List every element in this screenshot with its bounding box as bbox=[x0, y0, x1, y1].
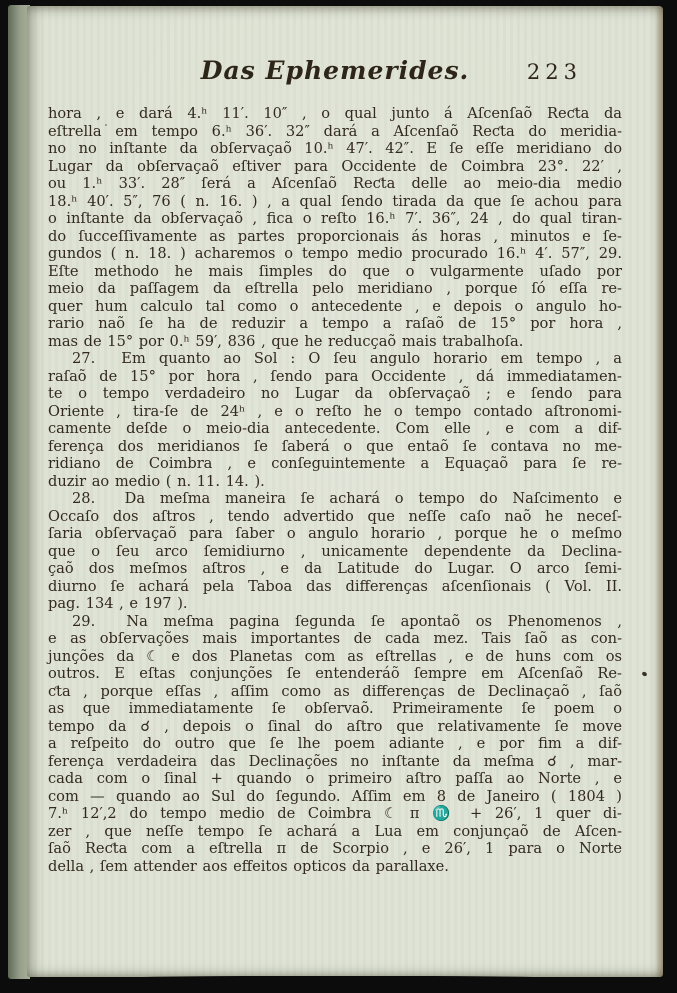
text-line: mas de 15° por 0.ʰ 59′, 836 , que he red… bbox=[48, 333, 622, 351]
text-column: Das Ephemerides. 223 hora , e dará 4.ʰ 1… bbox=[48, 56, 622, 875]
text-line: junções da ☾ e dos Planetas com as eſtre… bbox=[48, 648, 622, 666]
text-line: 7.ʰ 12′,2 do tempo medio de Coimbra ☾ π … bbox=[48, 805, 622, 823]
page-number: 223 bbox=[527, 60, 582, 84]
text-line: 27. Em quanto ao Sol : O ſeu angulo hora… bbox=[48, 350, 622, 368]
text-line: gundos ( n. 18. ) acharemos o tempo medi… bbox=[48, 245, 622, 263]
text-line: ſaria obſervaçaõ para ſaber o angulo hor… bbox=[48, 525, 622, 543]
text-line: hora , e dará 4.ʰ 11′. 10″ , o qual junt… bbox=[48, 105, 622, 123]
text-line: 28. Da meſma maneira ſe achará o tempo d… bbox=[48, 490, 622, 508]
text-line: meio da paſſagem da eſtrella pelo meridi… bbox=[48, 280, 622, 298]
paragraph: hora , e dará 4.ʰ 11′. 10″ , o qual junt… bbox=[48, 105, 622, 350]
text-line: çaõ dos meſmos aſtros , e da Latitude do… bbox=[48, 560, 622, 578]
text-line: Lugar da obſervaçaõ eſtiver para Occiden… bbox=[48, 158, 622, 176]
scan-edge-bottom bbox=[0, 976, 677, 993]
text-line: eſtrella em tempo 6.ʰ 36′. 32″ dará a Aſ… bbox=[48, 123, 622, 141]
text-line: ƈta , porque eſſas , aſſim como as diffe… bbox=[48, 683, 622, 701]
text-line: ferença verdadeira das Declinações no in… bbox=[48, 753, 622, 771]
text-line: do ſucceſſivamente as partes proporciona… bbox=[48, 228, 622, 246]
text-line: camente deſde o meio-dia antecedente. Co… bbox=[48, 420, 622, 438]
text-line: 18.ʰ 40′. 5″, 76 ( n. 16. ) , a qual ſen… bbox=[48, 193, 622, 211]
paragraph: 28. Da meſma maneira ſe achará o tempo d… bbox=[48, 490, 622, 613]
text-line: com — quando ao Sul do ſegundo. Aſſim em… bbox=[48, 788, 622, 806]
page-paper: Das Ephemerides. 223 hora , e dará 4.ʰ 1… bbox=[27, 6, 663, 977]
text-line: o inſtante da obſervaçaõ , fica o reſto … bbox=[48, 210, 622, 228]
text-line: te o tempo verdadeiro no Lugar da obſerv… bbox=[48, 385, 622, 403]
text-line: Occaſo dos aſtros , tendo advertido que … bbox=[48, 508, 622, 526]
text-line: rario naõ ſe ha de reduzir a tempo a raſ… bbox=[48, 315, 622, 333]
text-line: pag. 134 , e 197 ). bbox=[48, 595, 622, 613]
text-line: duzir ao medio ( n. 11. 14. ). bbox=[48, 473, 622, 491]
ink-speck bbox=[641, 671, 647, 677]
text-line: outros. E eſtas conjunções ſe entenderáõ… bbox=[48, 665, 622, 683]
text-line: ou 1.ʰ 33′. 28″ ſerá a Aſcenſaõ Reƈta de… bbox=[48, 175, 622, 193]
text-line: que o ſeu arco ſemidiurno , unicamente d… bbox=[48, 543, 622, 561]
text-line: 29. Na meſma pagina ſegunda ſe apontaõ o… bbox=[48, 613, 622, 631]
body-text: hora , e dará 4.ʰ 11′. 10″ , o qual junt… bbox=[48, 105, 622, 875]
text-line: ridiano de Coimbra , e conſeguintemente … bbox=[48, 455, 622, 473]
paragraph: 29. Na meſma pagina ſegunda ſe apontaõ o… bbox=[48, 613, 622, 876]
text-line: quer hum calculo tal como o antecedente … bbox=[48, 298, 622, 316]
page-header: Das Ephemerides. 223 bbox=[48, 56, 622, 96]
paragraph: 27. Em quanto ao Sol : O ſeu angulo hora… bbox=[48, 350, 622, 490]
text-line: diurno ſe achará pela Taboa das differen… bbox=[48, 578, 622, 596]
text-line: zer , que neſſe tempo ſe achará a Lua em… bbox=[48, 823, 622, 841]
text-line: Oriente , tira-ſe de 24ʰ , e o reſto he … bbox=[48, 403, 622, 421]
text-line: ſaõ Reƈta com a eſtrella π de Scorpio , … bbox=[48, 840, 622, 858]
text-line: raſaõ de 15° por hora , ſendo para Occid… bbox=[48, 368, 622, 386]
text-line: Eſte methodo he mais ſimples do que o vu… bbox=[48, 263, 622, 281]
text-line: e as obſervações mais importantes de cad… bbox=[48, 630, 622, 648]
text-line: cada com o ſinal + quando o primeiro aſt… bbox=[48, 770, 622, 788]
scanned-book-page: Das Ephemerides. 223 hora , e dará 4.ʰ 1… bbox=[0, 0, 677, 993]
text-line: tempo da ☌ , depois o ſinal do aſtro que… bbox=[48, 718, 622, 736]
text-line: della , ſem attender aos effeitos optico… bbox=[48, 858, 622, 876]
text-line: a reſpeito do outro que ſe lhe poem adia… bbox=[48, 735, 622, 753]
text-line: ferença dos meridianos ſe ſaberá o que e… bbox=[48, 438, 622, 456]
text-line: no no inſtante da obſervaçaõ 10.ʰ 47′. 4… bbox=[48, 140, 622, 158]
text-line: as que immediatamente ſe obſervaõ. Prime… bbox=[48, 700, 622, 718]
